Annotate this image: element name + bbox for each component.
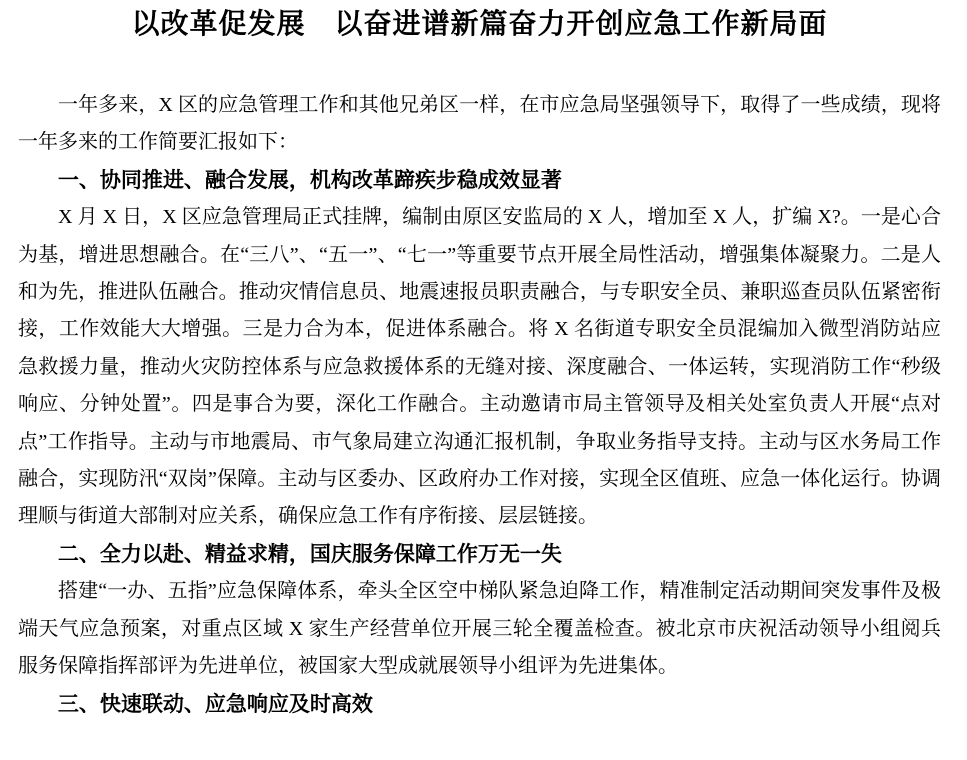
section-3-heading: 三、快速联动、应急响应及时高效: [18, 686, 941, 723]
document-title: 以改革促发展 以奋进谱新篇奋力开创应急工作新局面: [18, 4, 941, 46]
document-page: 以改革促发展 以奋进谱新篇奋力开创应急工作新局面 一年多来，X 区的应急管理工作…: [0, 0, 967, 760]
section-1-paragraph: X 月 X 日，X 区应急管理局正式挂牌，编制由原区安监局的 X 人，增加至 X…: [18, 199, 941, 536]
section-1-heading: 一、协同推进、融合发展，机构改革蹄疾步稳成效显著: [18, 162, 941, 199]
intro-paragraph: 一年多来，X 区的应急管理工作和其他兄弟区一样，在市应急局坚强领导下，取得了一些…: [18, 87, 941, 162]
section-2-heading: 二、全力以赴、精益求精，国庆服务保障工作万无一失: [18, 536, 941, 573]
section-2-paragraph: 搭建“一办、五指”应急保障体系，牵头全区空中梯队紧急迫降工作，精准制定活动期间突…: [18, 573, 941, 685]
